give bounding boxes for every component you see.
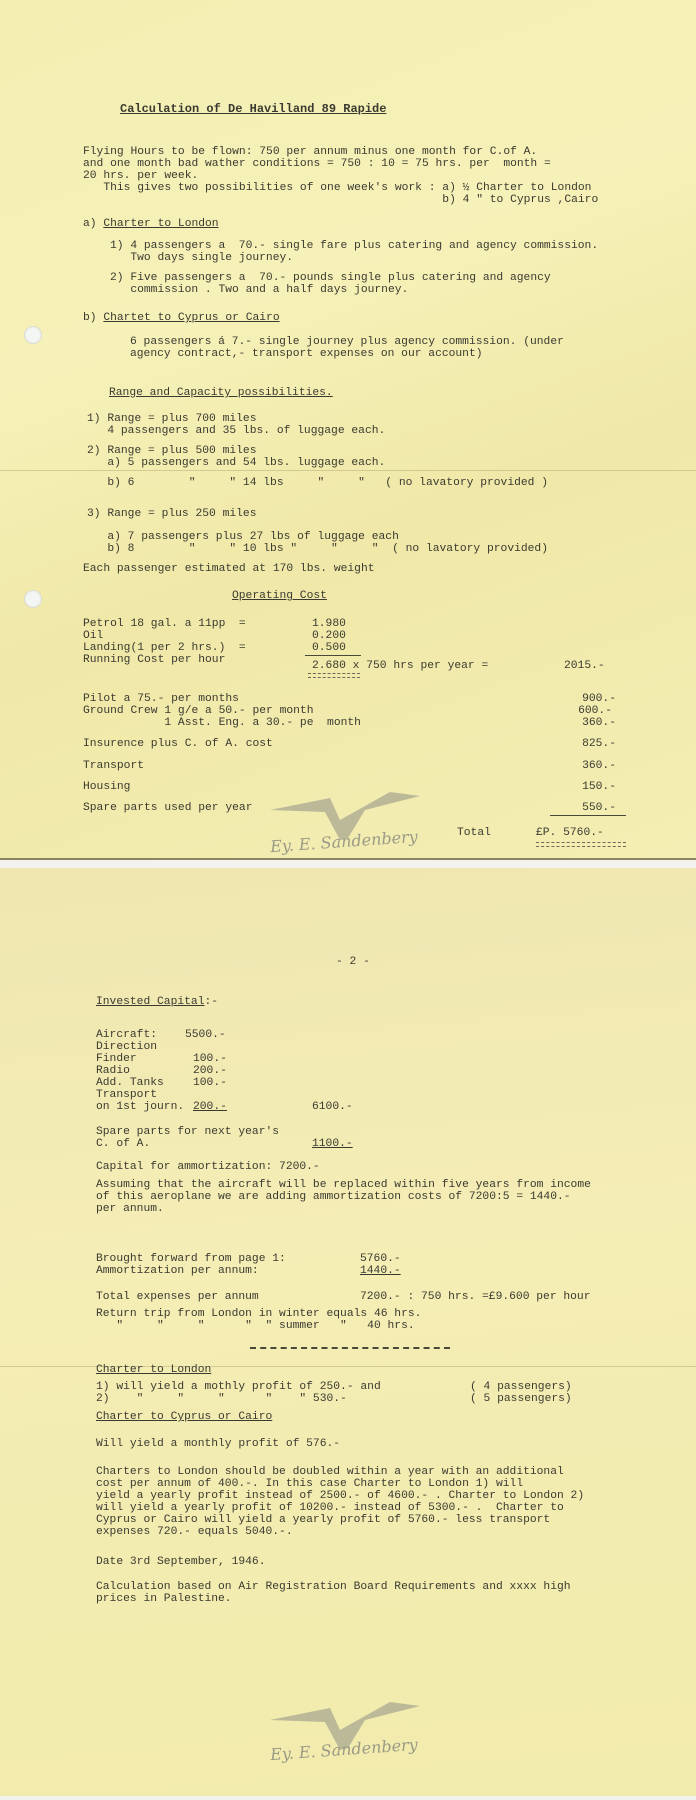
- separator-line: [250, 1347, 450, 1349]
- fold-crease: [0, 470, 696, 471]
- expense-label: 1 Asst. Eng. a 30.- pe month: [83, 717, 361, 730]
- heading-text: Charter to London: [103, 218, 218, 230]
- heading-suffix: :-: [204, 996, 218, 1008]
- spare-parts-label: C. of A.: [96, 1138, 150, 1151]
- capital-value: 100.-: [193, 1077, 227, 1090]
- range-line: 3) Range = plus 250 miles: [87, 508, 256, 521]
- total-value: £P. 5760.-: [536, 827, 604, 840]
- heading-prefix: b): [83, 312, 103, 324]
- heading-prefix: a): [83, 218, 103, 230]
- document-page-1: Calculation of De Havilland 89 Rapide Fl…: [0, 0, 696, 860]
- paragraph-line: of this aeroplane we are adding ammortiz…: [96, 1191, 571, 1204]
- cost-value: 0.500: [312, 642, 346, 655]
- sum-rule: [550, 815, 626, 816]
- return-trip-summer: " " " " " summer " 40 hrs.: [96, 1320, 415, 1333]
- paragraph-line: agency contract,- transport expenses on …: [130, 348, 483, 361]
- expense-label: Insurence plus C. of A. cost: [83, 738, 273, 751]
- expense-value: 150.-: [540, 781, 616, 794]
- capital-value: 200.-: [193, 1101, 227, 1114]
- total-expenses-calc: 7200.- : 750 hrs. =£9.600 per hour: [360, 1291, 591, 1304]
- range-line: b) 8 " " 10 lbs " " " ( no lavatory prov…: [87, 543, 548, 556]
- section-heading-charter-cyprus: b) Chartet to Cyprus or Cairo: [83, 312, 280, 325]
- expense-label: Housing: [83, 781, 130, 794]
- running-cost-calc: 2.680 x 750 hrs per year =: [312, 660, 488, 673]
- capital-amortization: Capital for ammortization: 7200.-: [96, 1161, 320, 1174]
- page-number: - 2 -: [336, 956, 370, 969]
- expense-label: Transport: [83, 760, 144, 773]
- double-rule: [536, 842, 626, 847]
- profit-line: Will yield a monthly profit of 576.-: [96, 1438, 340, 1451]
- list-item: commission . Two and a half days journey…: [110, 284, 408, 297]
- capital-value: 5500.-: [185, 1029, 226, 1042]
- cost-label: Petrol 18 gal. a 11pp =: [83, 618, 246, 631]
- heading-text: Invested Capital: [96, 996, 204, 1008]
- double-rule: [308, 673, 360, 678]
- profit-note: ( 5 passengers): [470, 1393, 572, 1406]
- document-date: Date 3rd September, 1946.: [96, 1556, 265, 1569]
- running-cost-label: Running Cost per hour: [83, 654, 225, 667]
- document-page-2: - 2 - Invested Capital:- Aircraft: 5500.…: [0, 868, 696, 1796]
- range-line: a) 5 passengers and 54 lbs. luggage each…: [87, 457, 385, 470]
- expense-value: 550.-: [540, 802, 616, 815]
- range-note: Each passenger estimated at 170 lbs. wei…: [83, 563, 375, 576]
- total-expenses-label: Total expenses per annum: [96, 1291, 259, 1304]
- section-heading-operating-cost: Operating Cost: [232, 590, 327, 603]
- sum-rule: [305, 655, 361, 656]
- paragraph-line: per annum.: [96, 1203, 164, 1216]
- capital-subtotal: 6100.-: [312, 1101, 353, 1114]
- expense-value: 360.-: [540, 760, 616, 773]
- intro-line: b) 4 " to Cyprus ,Cairo: [83, 194, 598, 207]
- amortization-value: 1440.-: [360, 1265, 401, 1278]
- expense-label: Spare parts used per year: [83, 802, 252, 815]
- paragraph-line: expenses 720.- equals 5040.-.: [96, 1526, 293, 1539]
- capital-label: on 1st journ.: [96, 1101, 184, 1114]
- range-line: 4 passengers and 35 lbs. of luggage each…: [87, 425, 385, 438]
- amortization-label: Ammortization per annum:: [96, 1265, 259, 1278]
- total-label: Total: [457, 827, 491, 840]
- profit-line: 2) " " " " " 530.-: [96, 1393, 347, 1406]
- section-heading-range: Range and Capacity possibilities.: [109, 387, 333, 400]
- section-heading-cyprus-profit: Charter to Cyprus or Cairo: [96, 1411, 272, 1424]
- range-line: b) 6 " " 14 lbs " " ( no lavatory provid…: [87, 477, 548, 490]
- document-title: Calculation of De Havilland 89 Rapide: [120, 103, 386, 116]
- punch-hole: [24, 590, 42, 608]
- section-heading-invested-capital: Invested Capital:-: [96, 996, 218, 1009]
- punch-hole: [24, 326, 42, 344]
- heading-text: Chartet to Cyprus or Cairo: [103, 312, 279, 324]
- paragraph-line: prices in Palestine.: [96, 1593, 232, 1606]
- section-heading-london-profit: Charter to London: [96, 1364, 211, 1377]
- list-item: Two days single journey.: [110, 252, 293, 265]
- section-heading-charter-london: a) Charter to London: [83, 218, 219, 231]
- expense-value: 825.-: [540, 738, 616, 751]
- spare-parts-value: 1100.-: [312, 1138, 353, 1151]
- expense-value: 360.-: [540, 717, 616, 730]
- running-cost-total: 2015.-: [564, 660, 605, 673]
